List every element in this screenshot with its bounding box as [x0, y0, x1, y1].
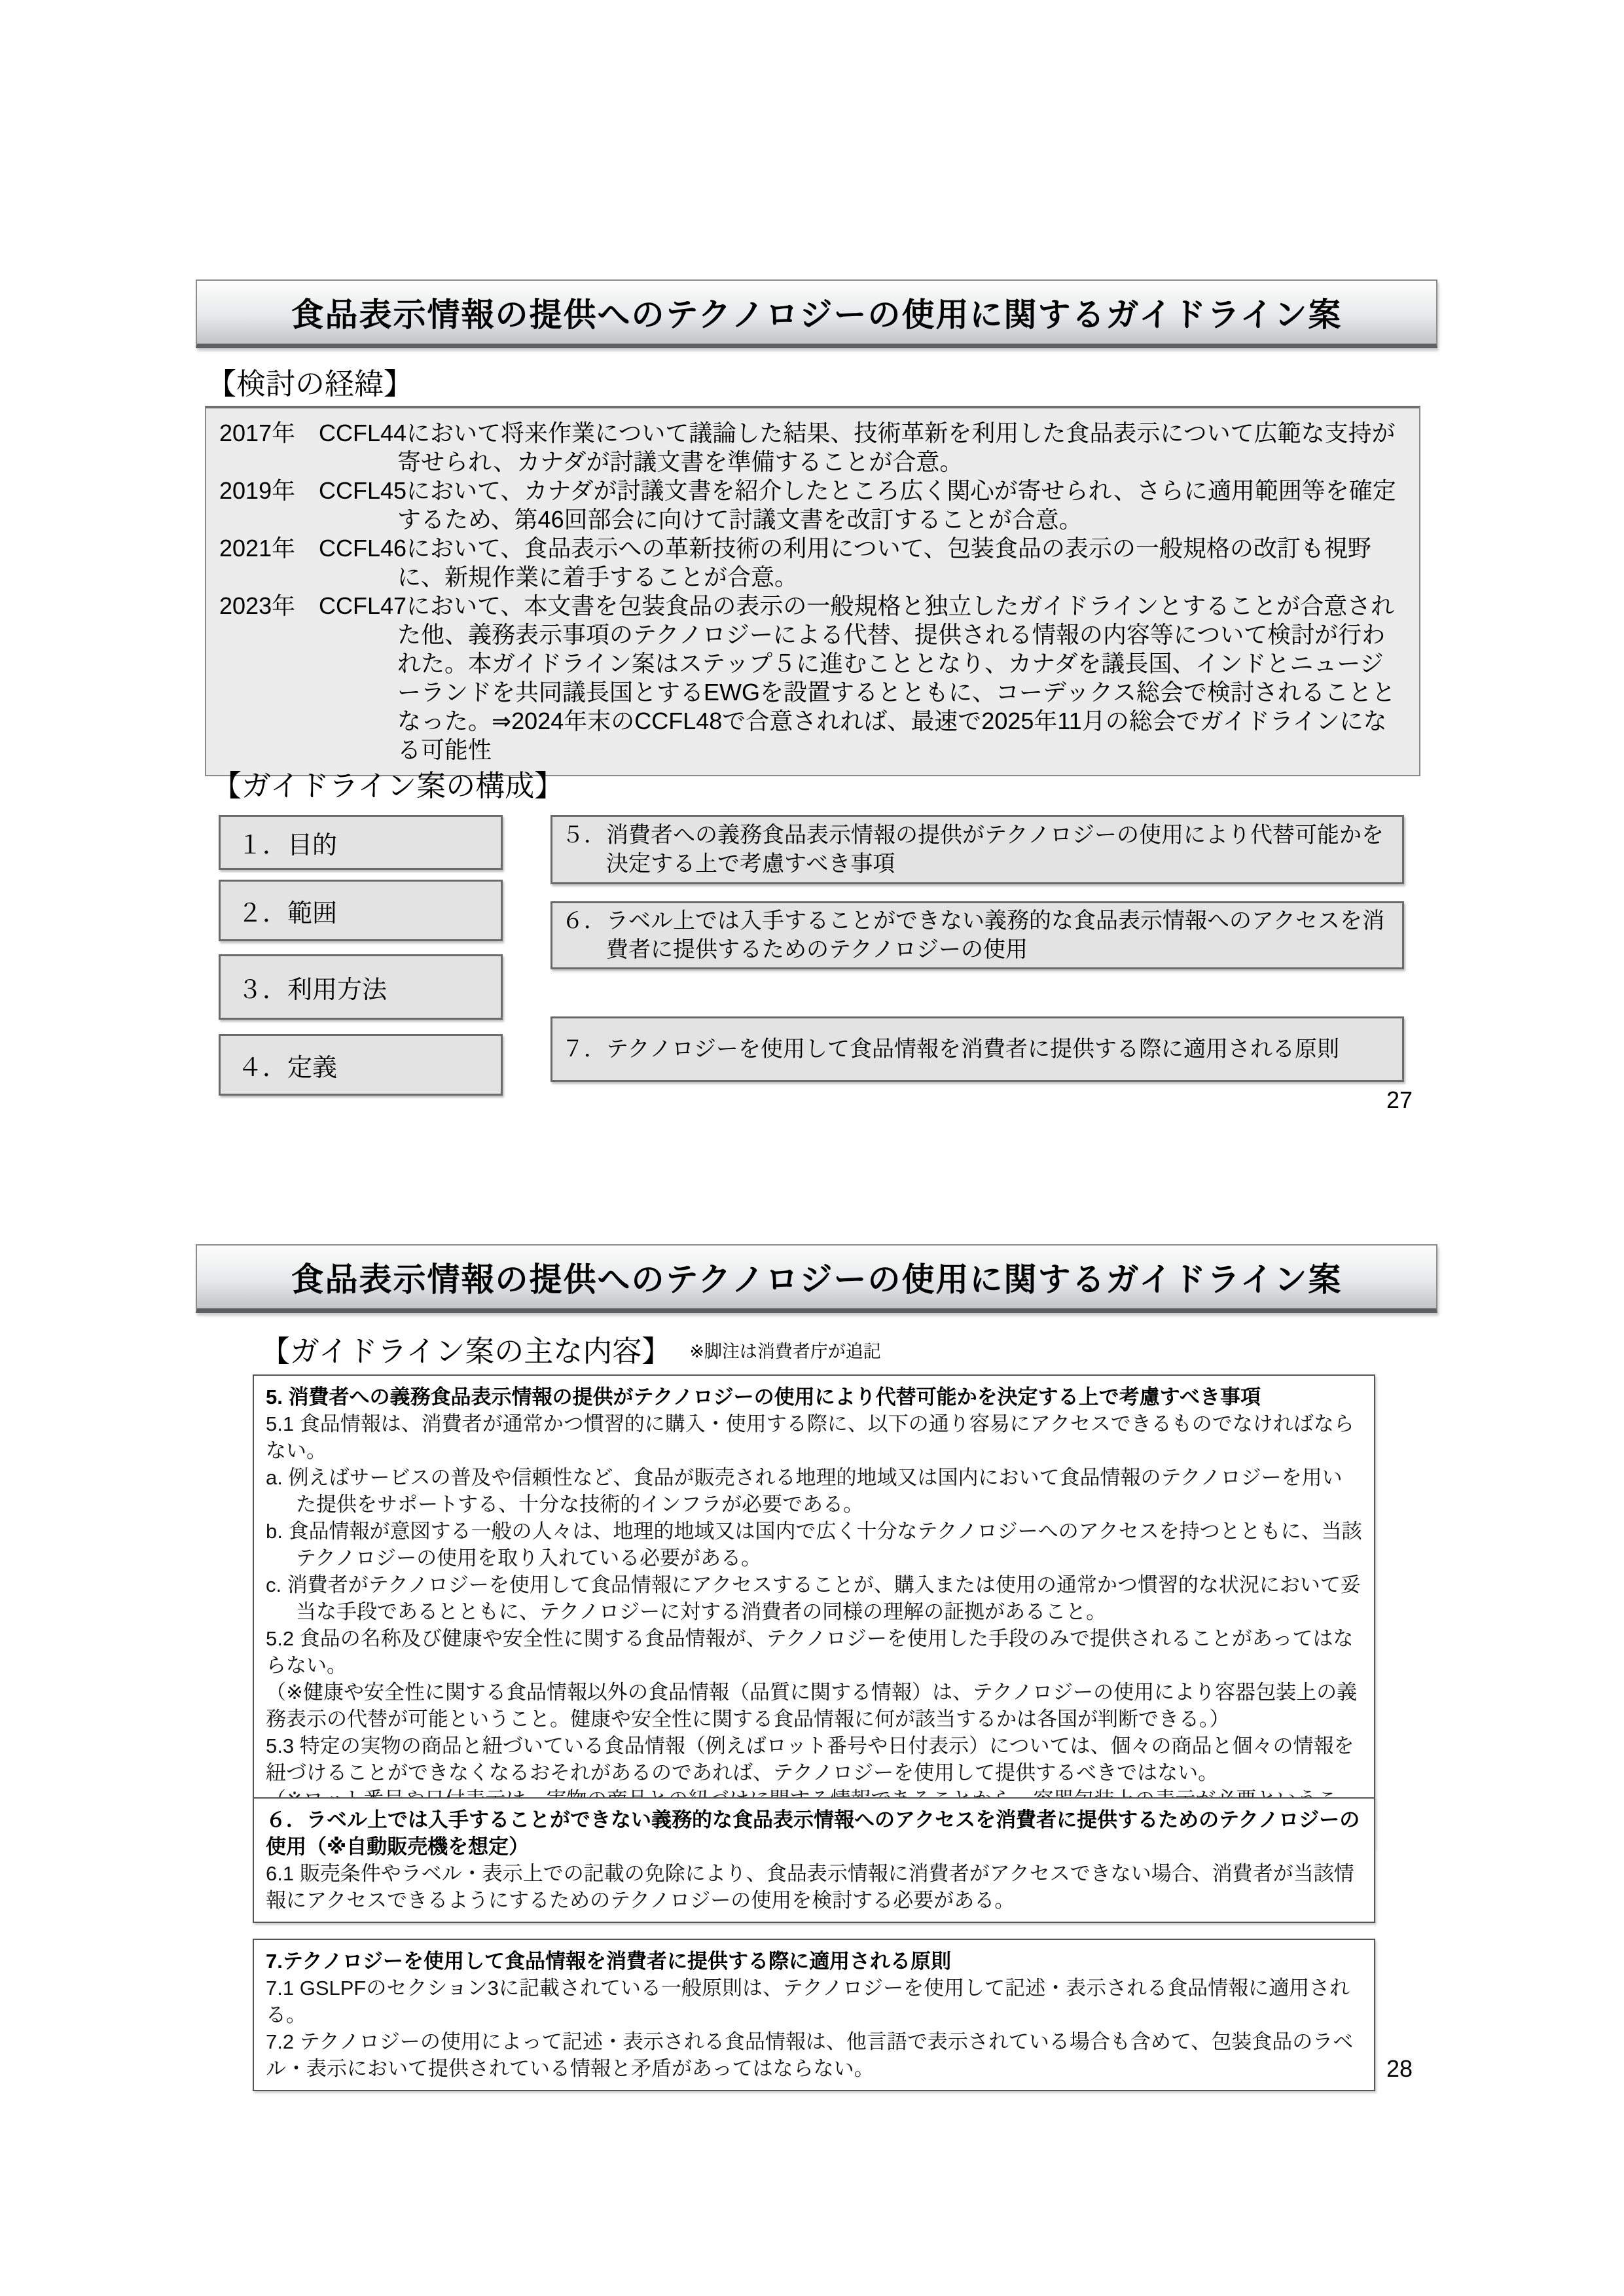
- section5-item-c: c. 消費者がテクノロジーを使用して食品情報にアクセスすることが、購入または使用…: [266, 1571, 1362, 1625]
- content-box-section6: ６．ラベル上では入手することができない義務的な食品表示情報へのアクセスを消費者に…: [253, 1797, 1375, 1923]
- slide2-title-banner: 食品表示情報の提供へのテクノロジーの使用に関するガイドライン案: [196, 1244, 1437, 1313]
- structure-box-section6: ６． ラベル上では入手することができない義務的な食品表示情報へのアクセスを消費者…: [550, 901, 1404, 969]
- section5-header: 5. 消費者への義務食品表示情報の提供がテクノロジーの使用により代替可能かを決定…: [266, 1384, 1362, 1410]
- item-number: ６．: [562, 906, 606, 964]
- structure-box-purpose: １．目的: [219, 815, 503, 870]
- section7-p72: 7.2 テクノロジーの使用によって記述・表示される食品情報は、他言語で表示されて…: [266, 2028, 1362, 2082]
- structure-section-heading: 【ガイドライン案の構成】: [212, 762, 564, 804]
- section7-p71: 7.1 GSLPFのセクション3に記載されている一般原則は、テクノロジーを使用し…: [266, 1975, 1362, 2028]
- slide1-title: 食品表示情報の提供へのテクノロジーの使用に関するガイドライン案: [291, 289, 1343, 336]
- history-year: 2021年: [219, 534, 319, 592]
- history-text: CCFL47において、本文書を包装食品の表示の一般規格と独立したガイドラインとす…: [319, 592, 1406, 764]
- item-text: テクノロジーを使用して食品情報を消費者に提供する際に適用される原則: [606, 1035, 1339, 1064]
- structure-box-definitions: ４．定義: [219, 1034, 503, 1096]
- history-year: 2017年: [219, 419, 319, 476]
- structure-box-section5: ５． 消費者への義務食品表示情報の提供がテクノロジーの使用により代替可能かを決定…: [550, 815, 1404, 884]
- section6-p61: 6.1 販売条件やラベル・表示上での記載の免除により、食品表示情報に消費者がアク…: [266, 1860, 1362, 1914]
- history-entry-2019: 2019年 CCFL45において、カナダが討議文書を紹介したところ広く関心が寄せ…: [219, 476, 1406, 534]
- section5-item-a: a. 例えばサービスの普及や信頼性など、食品が販売される地理的地域又は国内におい…: [266, 1464, 1362, 1518]
- history-entry-2017: 2017年 CCFL44において将来作業について議論した結果、技術革新を利用した…: [219, 419, 1406, 476]
- history-box: 2017年 CCFL44において将来作業について議論した結果、技術革新を利用した…: [205, 406, 1420, 776]
- contents-heading-text: 【ガイドライン案の主な内容】: [261, 1335, 671, 1368]
- page-number-27: 27: [1386, 1086, 1413, 1114]
- item-number: ５．: [562, 821, 606, 878]
- item-number: ７．: [562, 1035, 606, 1064]
- structure-box-text: ６． ラベル上では入手することができない義務的な食品表示情報へのアクセスを消費者…: [552, 904, 1402, 967]
- content-box-section5: 5. 消費者への義務食品表示情報の提供がテクノロジーの使用により代替可能かを決定…: [253, 1374, 1375, 1849]
- history-entry-2023: 2023年 CCFL47において、本文書を包装食品の表示の一般規格と独立したガイ…: [219, 592, 1406, 764]
- section5-p52-note: （※健康や安全性に関する食品情報以外の食品情報（品質に関する情報）は、テクノロジ…: [266, 1679, 1362, 1732]
- structure-box-scope: ２．範囲: [219, 880, 503, 941]
- slide1-title-banner: 食品表示情報の提供へのテクノロジーの使用に関するガイドライン案: [196, 279, 1437, 348]
- history-section-heading: 【検討の経緯】: [207, 360, 413, 403]
- section5-item-b: b. 食品情報が意図する一般の人々は、地理的地域又は国内で広く十分なテクノロジー…: [266, 1518, 1362, 1571]
- structure-box-label: ２．範囲: [221, 893, 337, 929]
- history-entry-2021: 2021年 CCFL46において、食品表示への革新技術の利用について、包装食品の…: [219, 534, 1406, 592]
- history-year: 2023年: [219, 592, 319, 764]
- contents-heading-note: ※脚注は消費者庁が追記: [689, 1342, 881, 1361]
- contents-section-heading: 【ガイドライン案の主な内容】※脚注は消費者庁が追記: [261, 1327, 881, 1370]
- history-year: 2019年: [219, 476, 319, 534]
- section5-p52: 5.2 食品の名称及び健康や安全性に関する食品情報が、テクノロジーを使用した手段…: [266, 1625, 1362, 1679]
- content-box-section7: 7.テクノロジーを使用して食品情報を消費者に提供する際に適用される原則 7.1 …: [253, 1939, 1375, 2091]
- structure-box-label: ３．利用方法: [221, 969, 387, 1005]
- section5-p53: 5.3 特定の実物の商品と紐づいている食品情報（例えばロット番号や日付表示）につ…: [266, 1732, 1362, 1786]
- slide2-title: 食品表示情報の提供へのテクノロジーの使用に関するガイドライン案: [291, 1253, 1343, 1300]
- structure-box-text: ５． 消費者への義務食品表示情報の提供がテクノロジーの使用により代替可能かを決定…: [552, 818, 1402, 881]
- structure-box-label: １．目的: [221, 825, 337, 861]
- page-number-28: 28: [1386, 2055, 1413, 2083]
- item-text: ラベル上では入手することができない義務的な食品表示情報へのアクセスを消費者に提供…: [606, 906, 1393, 964]
- section5-p51: 5.1 食品情報は、消費者が通常かつ慣習的に購入・使用する際に、以下の通り容易に…: [266, 1410, 1362, 1464]
- structure-box-section7: ７． テクノロジーを使用して食品情報を消費者に提供する際に適用される原則: [550, 1016, 1404, 1082]
- section6-header: ６．ラベル上では入手することができない義務的な食品表示情報へのアクセスを消費者に…: [266, 1806, 1362, 1860]
- structure-box-usage: ３．利用方法: [219, 954, 503, 1020]
- item-text: 消費者への義務食品表示情報の提供がテクノロジーの使用により代替可能かを決定する上…: [606, 821, 1393, 878]
- document-page: { "colors": { "banner_gradient_top": "#f…: [0, 0, 1624, 2296]
- structure-box-text: ７． テクノロジーを使用して食品情報を消費者に提供する際に適用される原則: [552, 1032, 1348, 1066]
- section7-header: 7.テクノロジーを使用して食品情報を消費者に提供する際に適用される原則: [266, 1948, 1362, 1975]
- structure-box-label: ４．定義: [221, 1047, 337, 1083]
- history-text: CCFL45において、カナダが討議文書を紹介したところ広く関心が寄せられ、さらに…: [319, 476, 1406, 534]
- history-text: CCFL46において、食品表示への革新技術の利用について、包装食品の表示の一般規…: [319, 534, 1406, 592]
- history-text: CCFL44において将来作業について議論した結果、技術革新を利用した食品表示につ…: [319, 419, 1406, 476]
